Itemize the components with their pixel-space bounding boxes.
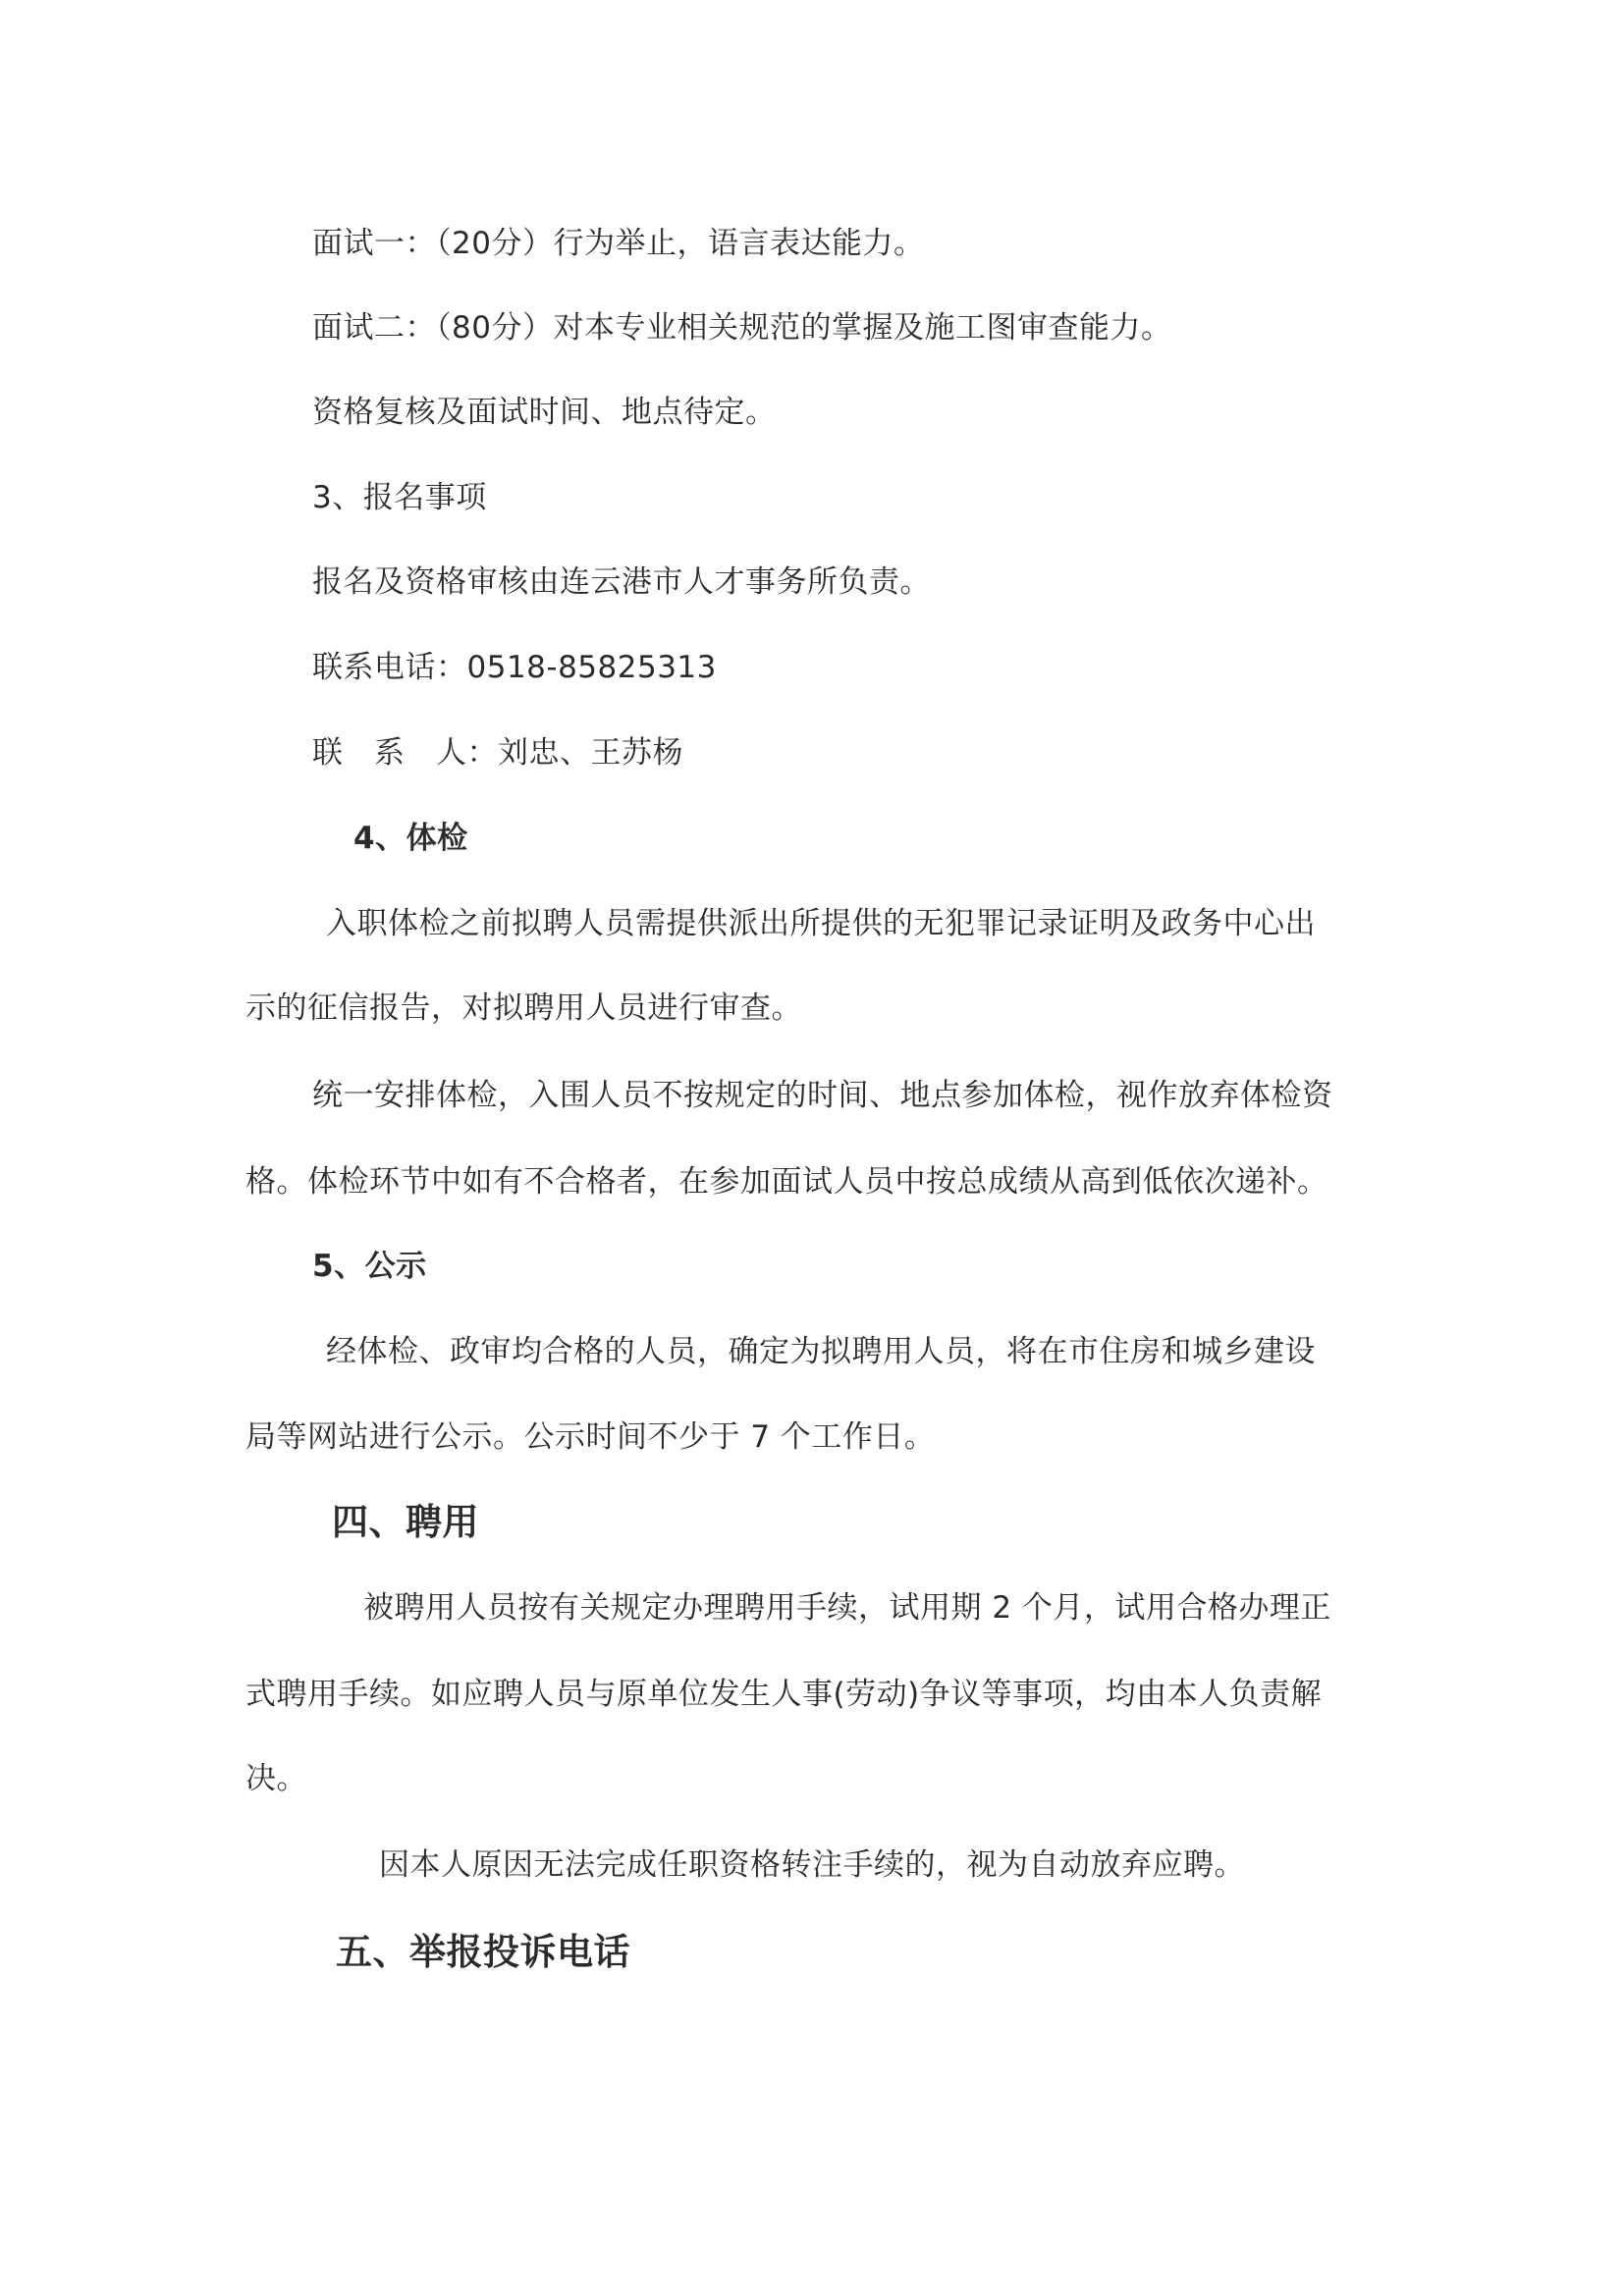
physical-exam-heading: 4、体检 xyxy=(353,819,468,858)
registration-body: 报名及资格审核由连云港市人才事务所负责。 xyxy=(312,562,931,602)
publicity-line2: 局等网站进行公示。公示时间不少于 7 个工作日。 xyxy=(245,1417,935,1457)
employment-para1-line1: 被聘用人员按有关规定办理聘用手续，试用期 2 个月，试用合格办理正 xyxy=(363,1588,1331,1628)
publicity-heading: 5、公示 xyxy=(312,1247,427,1286)
complaint-heading: 五、举报投诉电话 xyxy=(336,1930,630,1975)
registration-heading: 3、报名事项 xyxy=(312,478,487,517)
interview-schedule-text: 资格复核及面试时间、地点待定。 xyxy=(312,393,777,432)
contact-person: 联 系 人：刘忠、王苏杨 xyxy=(312,733,683,773)
employment-heading: 四、聘用 xyxy=(332,1500,479,1545)
contact-phone: 联系电话：0518-85825313 xyxy=(312,648,717,687)
employment-para1-line2: 式聘用手续。如应聘人员与原单位发生人事(劳动)争议等事项，均由本人负责解 xyxy=(245,1675,1322,1714)
interview-one-text: 面试一：（20分）行为举止，语言表达能力。 xyxy=(312,224,924,263)
publicity-line1: 经体检、政审均合格的人员，确定为拟聘用人员，将在市住房和城乡建设 xyxy=(326,1332,1316,1371)
employment-para1-line3: 决。 xyxy=(245,1759,307,1798)
physical-exam-para2-line1: 统一安排体检，入围人员不按规定的时间、地点参加体检，视作放弃体检资 xyxy=(312,1076,1333,1115)
physical-exam-para1-line2: 示的征信报告，对拟聘用人员进行审查。 xyxy=(245,988,802,1028)
physical-exam-para2-line2: 格。体检环节中如有不合格者，在参加面试人员中按总成绩从高到低依次递补。 xyxy=(245,1162,1328,1201)
employment-para2: 因本人原因无法完成任职资格转注手续的，视为自动放弃应聘。 xyxy=(379,1845,1245,1885)
interview-two-text: 面试二：（80分）对本专业相关规范的掌握及施工图审查能力。 xyxy=(312,308,1171,347)
physical-exam-para1-line1: 入职体检之前拟聘人员需提供派出所提供的无犯罪记录证明及政务中心出 xyxy=(326,904,1316,943)
